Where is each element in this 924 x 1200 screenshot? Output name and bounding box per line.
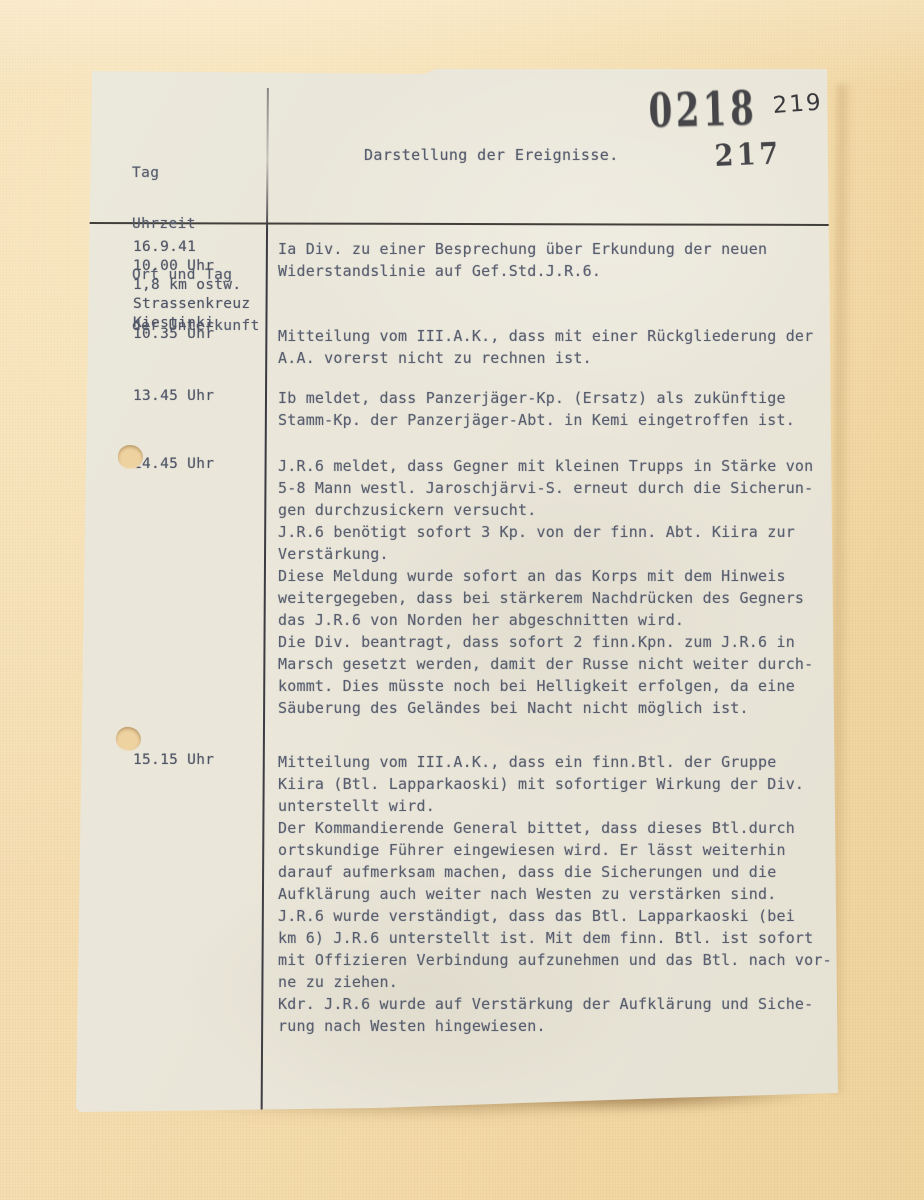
log-entry: 15.15 UhrMitteilung vom III.A.K., dass e… bbox=[76, 751, 838, 1037]
entry-time-column: 14.45 Uhr bbox=[76, 455, 268, 474]
entry-time-column: 10.35 Uhr bbox=[76, 325, 268, 344]
entry-text-line: Marsch gesetzt werden, damit der Russe n… bbox=[278, 653, 820, 675]
entry-text-line: gen durchzusickern versucht. bbox=[278, 499, 820, 521]
entry-time-line: 10.00 Uhr bbox=[133, 257, 268, 276]
page-number: 219 bbox=[772, 92, 823, 118]
entry-time-column: 15.15 Uhr bbox=[76, 751, 268, 770]
log-entry: 16.9.4110.00 Uhr1,8 km ostw.Strassenkreu… bbox=[76, 238, 838, 333]
entry-text-line: mit Offizieren Verbindung aufzunehmen un… bbox=[278, 949, 832, 971]
log-entry: 14.45 UhrJ.R.6 meldet, dass Gegner mit k… bbox=[76, 455, 838, 719]
entry-text-line: J.R.6 benötigt sofort 3 Kp. von der finn… bbox=[278, 521, 820, 543]
header-left-line: Uhrzeit bbox=[132, 216, 260, 233]
entry-text-line: Säuberung des Geländes bei Nacht nicht m… bbox=[278, 697, 820, 719]
entry-text-line: A.A. vorerst nicht zu rechnen ist. bbox=[278, 347, 820, 369]
entry-time-line: Strassenkreuz bbox=[133, 295, 268, 314]
entry-text-line: J.R.6 wurde verständigt, dass das Btl. L… bbox=[278, 905, 832, 927]
entry-text-line: weitergegeben, dass bei stärkerem Nachdr… bbox=[278, 587, 820, 609]
entry-text-line: Die Div. beantragt, dass sofort 2 finn.K… bbox=[278, 631, 820, 653]
entry-time-line: 15.15 Uhr bbox=[133, 751, 268, 770]
header-left-line: Tag bbox=[132, 165, 260, 182]
entry-text-column: Mitteilung vom III.A.K., dass mit einer … bbox=[268, 325, 838, 369]
entry-text-line: Ia Div. zu einer Besprechung über Erkund… bbox=[278, 238, 820, 260]
entry-text-line: 5-8 Mann westl. Jaroschjärvi-S. erneut d… bbox=[278, 477, 820, 499]
entry-time-line: 13.45 Uhr bbox=[133, 387, 268, 406]
entry-text-line: Mitteilung vom III.A.K., dass ein finn.B… bbox=[278, 751, 832, 773]
entry-time-column: 13.45 Uhr bbox=[76, 387, 268, 406]
entry-text-line: rung nach Westen hingewiesen. bbox=[278, 1015, 832, 1037]
entry-text-line: kommt. Dies müsste noch bei Helligkeit e… bbox=[278, 675, 820, 697]
document-page: Tag Uhrzeit Ort und Tag der Unterkunft D… bbox=[76, 68, 838, 1115]
log-entry: 13.45 UhrIb meldet, dass Panzerjäger-Kp.… bbox=[76, 387, 838, 431]
entry-text-line: J.R.6 meldet, dass Gegner mit kleinen Tr… bbox=[278, 455, 820, 477]
entry-text-line: Widerstandslinie auf Gef.Std.J.R.6. bbox=[278, 260, 820, 282]
entry-time-line: 1,8 km ostw. bbox=[133, 276, 268, 295]
entry-text-line: ne zu ziehen. bbox=[278, 971, 832, 993]
entry-time-line: 10.35 Uhr bbox=[133, 325, 268, 344]
entry-text-line: Stamm-Kp. der Panzerjäger-Abt. in Kemi e… bbox=[278, 409, 820, 431]
scanned-document-photo: Tag Uhrzeit Ort und Tag der Unterkunft D… bbox=[0, 0, 924, 1200]
entry-text-line: ortskundige Führer eingewiesen wird. Er … bbox=[278, 839, 832, 861]
entry-text-column: Mitteilung vom III.A.K., dass ein finn.B… bbox=[268, 751, 850, 1037]
entry-text-line: km 6) J.R.6 unterstellt ist. Mit dem fin… bbox=[278, 927, 832, 949]
entry-text-line: darauf aufmerksam machen, dass die Siche… bbox=[278, 861, 832, 883]
entry-text-line: Verstärkung. bbox=[278, 543, 820, 565]
entry-text-column: Ia Div. zu einer Besprechung über Erkund… bbox=[268, 238, 838, 282]
stamp-number-small: 217 bbox=[714, 139, 782, 172]
entry-text-line: Mitteilung vom III.A.K., dass mit einer … bbox=[278, 325, 820, 347]
entry-time-column: 16.9.4110.00 Uhr1,8 km ostw.Strassenkreu… bbox=[76, 238, 268, 333]
log-entries: 16.9.4110.00 Uhr1,8 km ostw.Strassenkreu… bbox=[76, 238, 838, 1037]
entry-text-line: Diese Meldung wurde sofort an das Korps … bbox=[278, 565, 820, 587]
entry-text-line: unterstellt wird. bbox=[278, 795, 832, 817]
column-header-events: Darstellung der Ereignisse. bbox=[364, 146, 619, 164]
stamp-number-large: 0218 bbox=[648, 85, 758, 135]
entry-text-line: Der Kommandierende General bittet, dass … bbox=[278, 817, 832, 839]
entry-text-column: J.R.6 meldet, dass Gegner mit kleinen Tr… bbox=[268, 455, 838, 719]
log-entry: 10.35 UhrMitteilung vom III.A.K., dass m… bbox=[76, 325, 838, 369]
entry-text-line: Ib meldet, dass Panzerjäger-Kp. (Ersatz)… bbox=[278, 387, 820, 409]
entry-text-line: Kiira (Btl. Lapparkaoski) mit sofortiger… bbox=[278, 773, 832, 795]
entry-text-line: das J.R.6 von Norden her abgeschnitten w… bbox=[278, 609, 820, 631]
entry-text-line: Aufklärung auch weiter nach Westen zu ve… bbox=[278, 883, 832, 905]
entry-time-line: 14.45 Uhr bbox=[133, 455, 268, 474]
punch-hole bbox=[118, 445, 143, 469]
entry-time-line: 16.9.41 bbox=[133, 238, 268, 257]
entry-text-column: Ib meldet, dass Panzerjäger-Kp. (Ersatz)… bbox=[268, 387, 838, 431]
entry-text-line: Kdr. J.R.6 wurde auf Verstärkung der Auf… bbox=[278, 993, 832, 1015]
